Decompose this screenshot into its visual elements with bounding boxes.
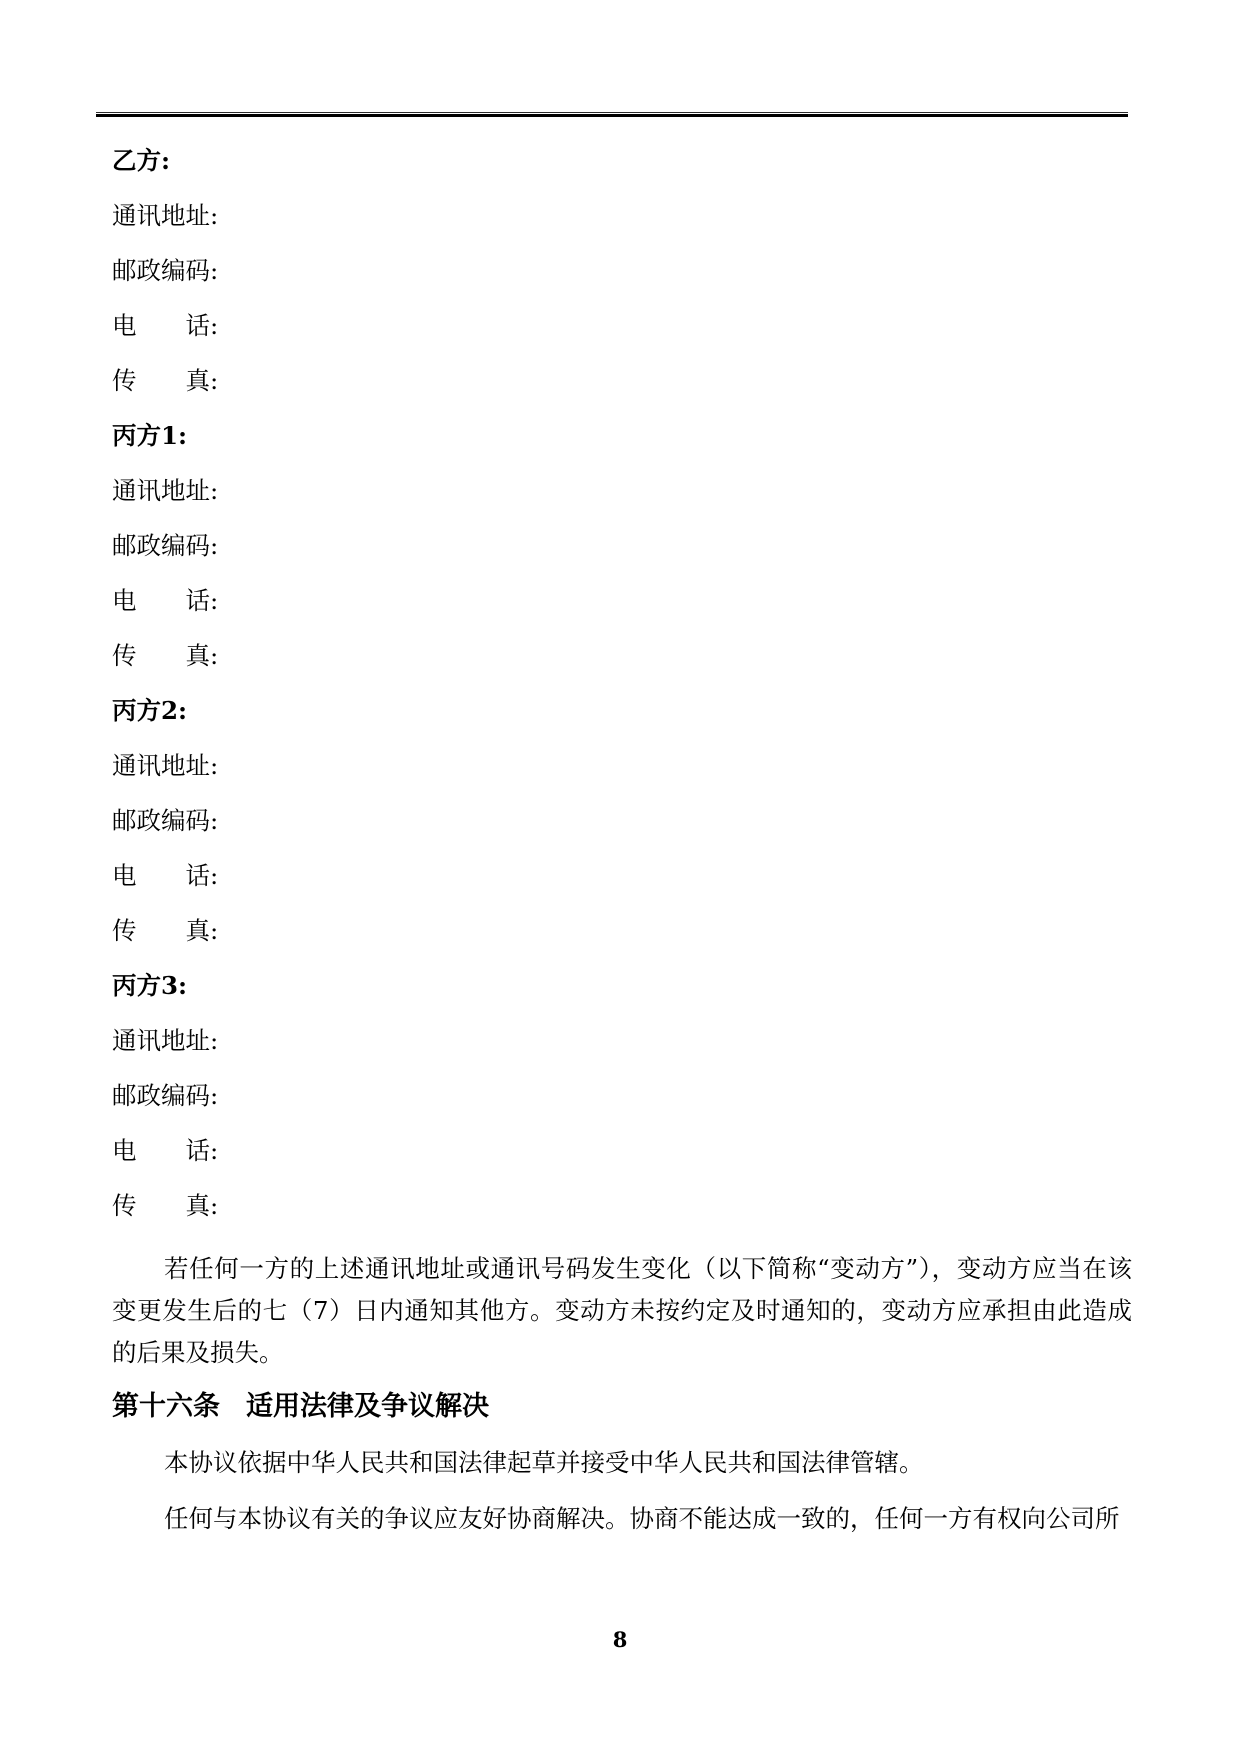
field-label-phone: 电 话: bbox=[112, 313, 1132, 338]
contract-body: 乙方: 通讯地址: 邮政编码: 电 话: 传 真: 丙方1: 通讯地址: 邮政编… bbox=[112, 148, 1132, 1540]
page-number: 8 bbox=[613, 1627, 628, 1652]
field-label-address: 通讯地址: bbox=[112, 203, 1132, 228]
field-label-postcode: 邮政编码: bbox=[112, 533, 1132, 558]
party-block-yifang: 乙方: 通讯地址: 邮政编码: 电 话: 传 真: bbox=[112, 148, 1132, 393]
field-label-address: 通讯地址: bbox=[112, 753, 1132, 778]
field-label-postcode: 邮政编码: bbox=[112, 258, 1132, 283]
field-label-fax: 传 真: bbox=[112, 368, 1132, 393]
field-label-phone: 电 话: bbox=[112, 1138, 1132, 1163]
party-title: 丙方2: bbox=[112, 698, 1132, 723]
governing-law-paragraph: 本协议依据中华人民共和国法律起草并接受中华人民共和国法律管辖。 bbox=[112, 1442, 1132, 1484]
party-title: 丙方1: bbox=[112, 423, 1132, 448]
field-label-phone: 电 话: bbox=[112, 588, 1132, 613]
field-label-fax: 传 真: bbox=[112, 918, 1132, 943]
section-title: 适用法律及争议解决 bbox=[246, 1391, 489, 1422]
field-label-address: 通讯地址: bbox=[112, 1028, 1132, 1053]
document-page: 乙方: 通讯地址: 邮政编码: 电 话: 传 真: 丙方1: 通讯地址: 邮政编… bbox=[0, 0, 1240, 1754]
field-label-phone: 电 话: bbox=[112, 863, 1132, 888]
field-label-postcode: 邮政编码: bbox=[112, 1083, 1132, 1108]
change-notice-paragraph: 若任何一方的上述通讯地址或通讯号码发生变化（以下简称“变动方”），变动方应当在该… bbox=[112, 1248, 1132, 1374]
field-label-address: 通讯地址: bbox=[112, 478, 1132, 503]
party-block-bingfang-2: 丙方2: 通讯地址: 邮政编码: 电 话: 传 真: bbox=[112, 698, 1132, 943]
party-block-bingfang-1: 丙方1: 通讯地址: 邮政编码: 电 话: 传 真: bbox=[112, 423, 1132, 668]
field-label-fax: 传 真: bbox=[112, 643, 1132, 668]
party-title: 乙方: bbox=[112, 148, 1132, 173]
field-label-postcode: 邮政编码: bbox=[112, 808, 1132, 833]
party-block-bingfang-3: 丙方3: 通讯地址: 邮政编码: 电 话: 传 真: bbox=[112, 973, 1132, 1218]
dispute-resolution-paragraph: 任何与本协议有关的争议应友好协商解决。协商不能达成一致的，任何一方有权向公司所 bbox=[112, 1498, 1132, 1540]
field-label-fax: 传 真: bbox=[112, 1193, 1132, 1218]
page-footer: 8 bbox=[0, 1628, 1240, 1652]
section-heading: 第十六条适用法律及争议解决 bbox=[112, 1390, 1132, 1424]
section-number: 第十六条 bbox=[112, 1391, 220, 1422]
party-title: 丙方3: bbox=[112, 973, 1132, 998]
header-rule bbox=[96, 112, 1128, 117]
